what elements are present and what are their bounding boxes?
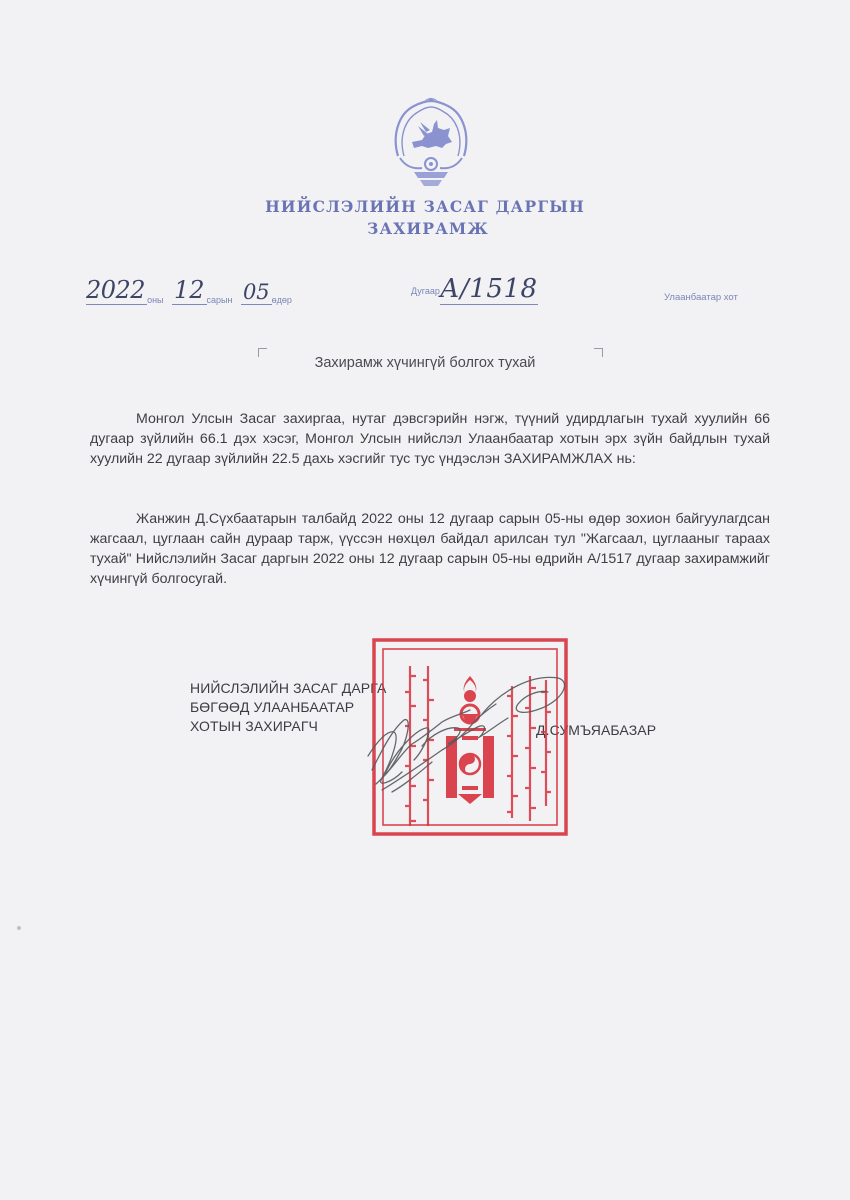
- state-emblem-icon: [388, 96, 474, 188]
- document-type: ЗАХИРАМЖ: [6, 218, 850, 240]
- date-day: 05: [241, 280, 272, 305]
- signatory-name: Д.СУМЪЯАБАЗАР: [536, 722, 656, 738]
- decree-document: НИЙСЛЭЛИЙН ЗАСАГ ДАРГЫН ЗАХИРАМЖ 2022оны…: [0, 0, 850, 1200]
- decree-number: ДугаарА/1518: [411, 274, 538, 305]
- issue-city: Улаанбаатар хот: [664, 292, 738, 303]
- date-month: 12: [172, 276, 207, 305]
- paragraph-decision: Жанжин Д.Сүхбаатарын талбайд 2022 оны 12…: [90, 509, 770, 589]
- decree-header: НИЙСЛЭЛИЙН ЗАСАГ ДАРГЫН ЗАХИРАМЖ: [0, 196, 850, 240]
- signatory-title: НИЙСЛЭЛИЙН ЗАСАГ ДАРГА БӨГӨӨД УЛААНБААТА…: [190, 679, 386, 736]
- issuer-title: НИЙСЛЭЛИЙН ЗАСАГ ДАРГЫН: [265, 197, 585, 216]
- signatory-title-line: ХОТЫН ЗАХИРАГЧ: [190, 717, 386, 736]
- date-year: 2022: [86, 276, 147, 305]
- date-month-label: сарын: [207, 295, 233, 305]
- number-value: А/1518: [440, 274, 538, 304]
- date-day-label: өдөр: [272, 295, 292, 305]
- scan-speck: [17, 926, 21, 930]
- date-year-label: оны: [147, 295, 163, 305]
- signatory-title-line: НИЙСЛЭЛИЙН ЗАСАГ ДАРГА: [190, 679, 386, 698]
- paragraph-legal-basis: Монгол Улсын Засаг захиргаа, нутаг дэвсг…: [90, 409, 770, 469]
- decree-date: 2022оны 12сарын 05өдөр: [86, 276, 292, 306]
- decree-subject: Захирамж хүчингүй болгох тухай: [0, 355, 850, 371]
- number-label: Дугаар: [411, 286, 440, 296]
- signatory-title-line: БӨГӨӨД УЛААНБААТАР: [190, 698, 386, 717]
